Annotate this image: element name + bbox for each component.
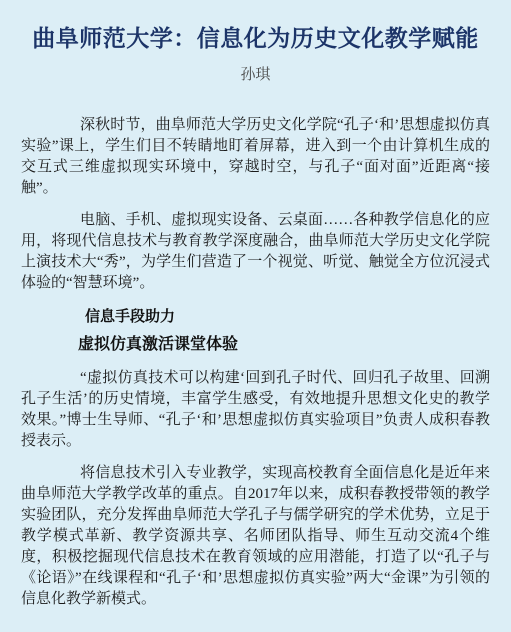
section-kicker: 信息手段助力 [85, 307, 490, 328]
article-page: 曲阜师范大学：信息化为历史文化教学赋能 孙琪 深秋时节，曲阜师范大学历史文化学院… [0, 0, 511, 610]
article-author: 孙琪 [21, 66, 490, 84]
section-paragraph-2: 将信息技术引入专业教学，实现高校教育全面信息化是近年来曲阜师范大学教学改革的重点… [21, 463, 490, 610]
article-title: 曲阜师范大学：信息化为历史文化教学赋能 [21, 26, 490, 52]
article-body: 深秋时节，曲阜师范大学历史文化学院“孔子‘和’思想虚拟仿真实验”课上，学生们目不… [21, 115, 490, 610]
intro-paragraph-1: 深秋时节，曲阜师范大学历史文化学院“孔子‘和’思想虚拟仿真实验”课上，学生们目不… [21, 115, 490, 199]
section-paragraph-1: “虚拟仿真技术可以构建‘回到孔子时代、回归孔子故里、回溯孔子生活’的历史情境，丰… [21, 368, 490, 452]
section-heading: 虚拟仿真激活课堂体验 [78, 334, 490, 355]
intro-paragraph-2: 电脑、手机、虚拟现实设备、云桌面……各种教学信息化的应用，将现代信息技术与教育教… [21, 210, 490, 294]
